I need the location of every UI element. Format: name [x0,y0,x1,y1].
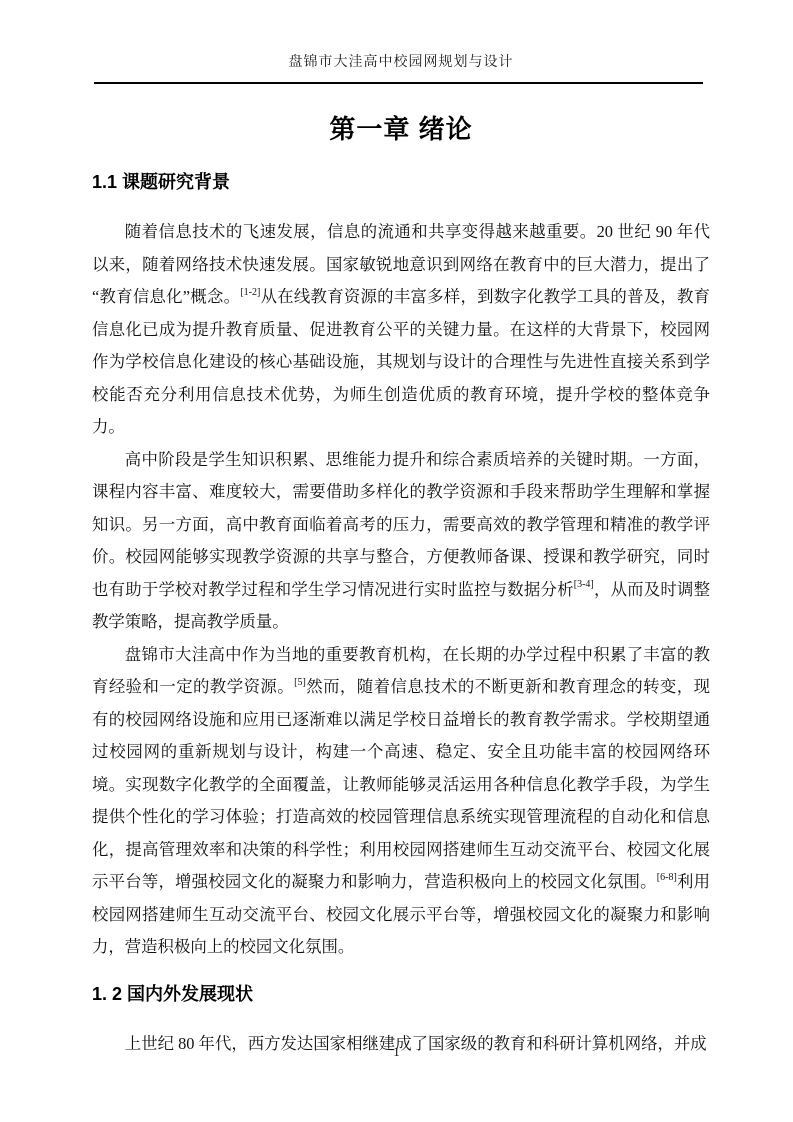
running-head: 盘锦市大洼高中校园网规划与设计 [92,54,710,71]
chapter-title: 第一章 绪论 [92,112,710,146]
citation-ref-1-2: [1-2] [240,287,260,298]
page-header: 盘锦市大洼高中校园网规划与设计 [0,0,793,71]
document-page: 盘锦市大洼高中校园网规划与设计 第一章 绪论 1.1 课题研究背景 随着信息技术… [0,0,793,1122]
paragraph-1: 随着信息技术的飞速发展，信息的流通和共享变得越来越重要。20 世纪 90 年代以… [92,216,710,444]
page-body: 第一章 绪论 1.1 课题研究背景 随着信息技术的飞速发展，信息的流通和共享变得… [0,112,793,1060]
paragraph-2: 高中阶段是学生知识积累、思维能力提升和综合素质培养的关键时期。一方面，课程内容丰… [92,444,710,639]
citation-ref-6-8: [6-8] [657,872,677,883]
paragraph-1-text-2: 从在线教育资源的丰富多样，到数字化教学工具的普及，教育信息化已成为提升教育质量、… [92,287,710,436]
citation-ref-5: [5] [294,677,306,688]
section-heading-1-1: 1.1 课题研究背景 [92,170,710,194]
page-number: 1 [393,1044,400,1059]
citation-ref-3-4: [3-4] [574,579,594,590]
paragraph-3: 盘锦市大洼高中作为当地的重要教育机构，在长期的办学过程中积累了丰富的教育经验和一… [92,639,710,964]
page-footer: 1 [0,1044,793,1060]
section-heading-1-2: 1. 2 国内外发展现状 [92,982,710,1006]
header-rule [94,82,703,84]
paragraph-2-text-1: 高中阶段是学生知识积累、思维能力提升和综合素质培养的关键时期。一方面，课程内容丰… [92,450,710,599]
paragraph-3-text-2: 然而，随着信息技术的不断更新和教育理念的转变，现有的校园网络设施和应用已逐渐难以… [92,677,710,891]
